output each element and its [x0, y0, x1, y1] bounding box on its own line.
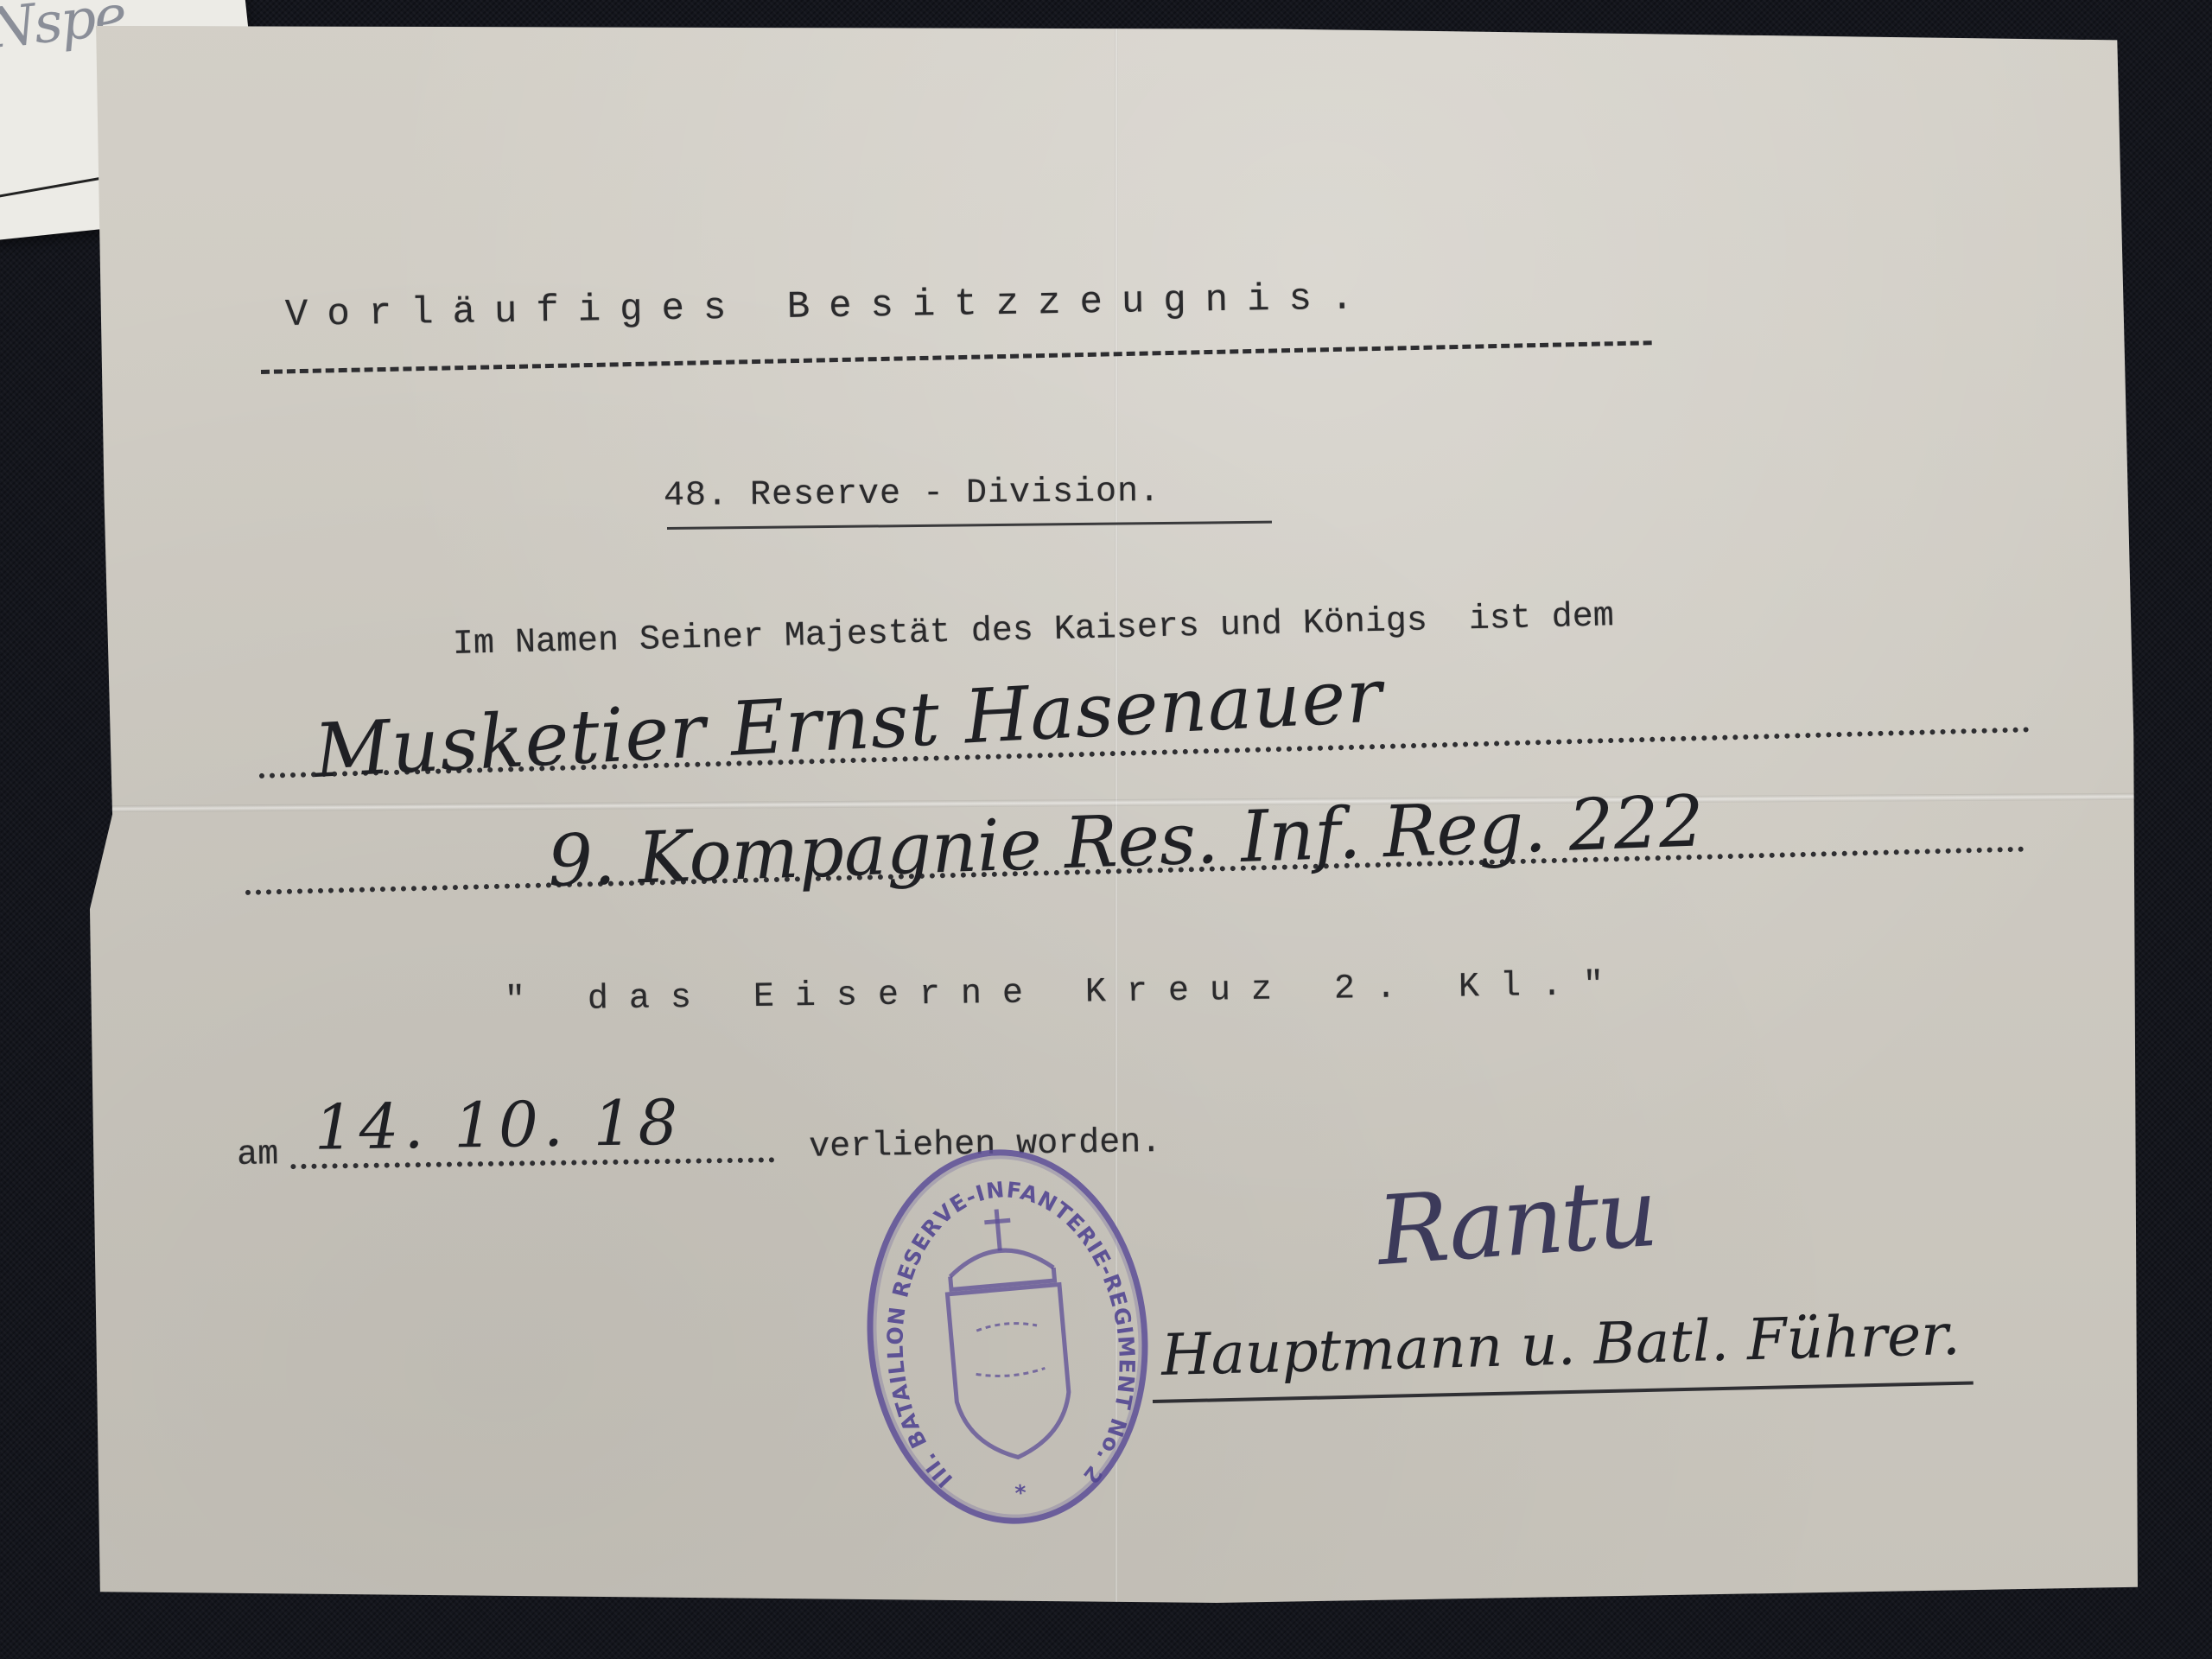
division-underline — [667, 521, 1272, 530]
date-field: 14. 10. 18 — [289, 1098, 774, 1174]
signatory-title-handwritten: Hauptmann u. Batl. Führer. — [1160, 1301, 1961, 1389]
date-prefix: am — [237, 1135, 279, 1175]
stamp-bottom-mark: * — [1014, 1480, 1029, 1506]
preamble-text: Im Namen Seiner Majestät des Kaisers und… — [452, 597, 1614, 664]
certificate-document: Vorläufiges Besitzzeugnis. 48. Reserve -… — [90, 26, 2138, 1603]
regiment-stamp: III. BATAILLON RESERVE-INFANTERIE-REGIME… — [852, 1138, 1164, 1536]
division-heading: 48. Reserve - Division. — [664, 473, 1160, 516]
officer-signature: Rantu — [1374, 1157, 1659, 1287]
recipient-name-handwritten: Musketier Ernst Hasenauer — [312, 652, 1384, 795]
stamp-graphic: III. BATAILLON RESERVE-INFANTERIE-REGIME… — [858, 1144, 1156, 1529]
title-dashed-underline — [261, 340, 1652, 374]
document-title: Vorläufiges Besitzzeugnis. — [285, 276, 1373, 337]
date-handwritten: 14. 10. 18 — [314, 1086, 683, 1164]
award-name: " das Eiserne Kreuz 2. Kl." — [505, 966, 1625, 1020]
crowned-shield-icon — [940, 1205, 1074, 1462]
